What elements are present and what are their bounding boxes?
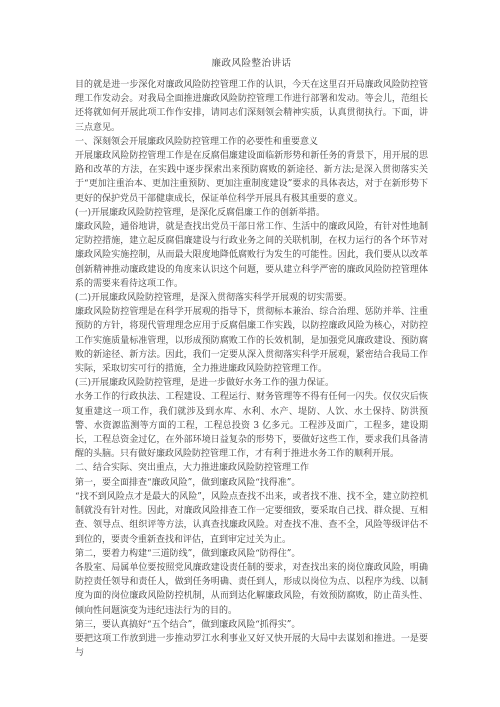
subsection-heading-1-1: (一)开展廉政风险防控管理，是深化反腐倡廉工作的创新举措。 [75,206,428,220]
section-heading-2: 二、结合实际、突出重点，大力推进廉政风险防控管理工作 [75,461,428,475]
subsection-heading-1-3: (三)开展廉政风险防控管理，是进一步做好水务工作的强力保证。 [75,376,428,390]
document-title: 廉政风险整治讲话 [75,57,428,71]
paragraph-subsection-1-2-body: 廉政风险防控管理是在科学开展观的指导下，贯彻标本兼治、综合治理、惩防并举、注重预… [75,305,428,376]
section-heading-1: 一、深刻领会开展廉政风险防控管理工作的必要性和重要意义 [75,135,428,149]
point-heading-first: 第一，要全面排查“廉政风险”，做到廉政风险“找得准”。 [75,476,428,490]
paragraph-intro: 目的就是进一步深化对廉政风险防控管理工作的认识，今天在这里召开局廉政风险防控管理… [75,78,428,135]
paragraph-section1-body: 开展廉政风险防控管理工作是在反腐倡廉建设面临新形势和新任务的背景下，用开展的思路… [75,149,428,206]
subsection-heading-1-2: (二)开展廉政风险防控管理，是深入贯彻落实科学开展观的切实需要。 [75,291,428,305]
point-heading-second: 第二，要着力构建“三道防线”，做到廉政风险“防得住”。 [75,547,428,561]
point-heading-third: 第三，要认真搞好“五个结合”，做到廉政风险“抓得实”。 [75,618,428,632]
paragraph-subsection-1-1-body: 廉政风险，通俗地讲，就是查找出党员干部日常工作、生活中的廉政风险，有针对性地制定… [75,220,428,291]
paragraph-point-third-body: 要把这项工作放到进一步推动罗江水利事业又好又快开展的大局中去谋划和推进。一是要与 [75,632,428,660]
paragraph-point-first-body: “找不到风险点才是最大的风险”，风险点查找不出来，或者找不准、找不全，建立防控机… [75,490,428,547]
document-page: 廉政风险整治讲话 目的就是进一步深化对廉政风险防控管理工作的认识，今天在这里召开… [0,0,500,707]
paragraph-subsection-1-3-body: 水务工作的行政执法、工程建设、工程运行、财务管理等不得有任何一闪失。仅仅灾后恢复… [75,390,428,461]
paragraph-point-second-body: 各股室、局属单位要按照党风廉政建设责任制的要求，对查找出来的岗位廉政风险，明确防… [75,561,428,618]
